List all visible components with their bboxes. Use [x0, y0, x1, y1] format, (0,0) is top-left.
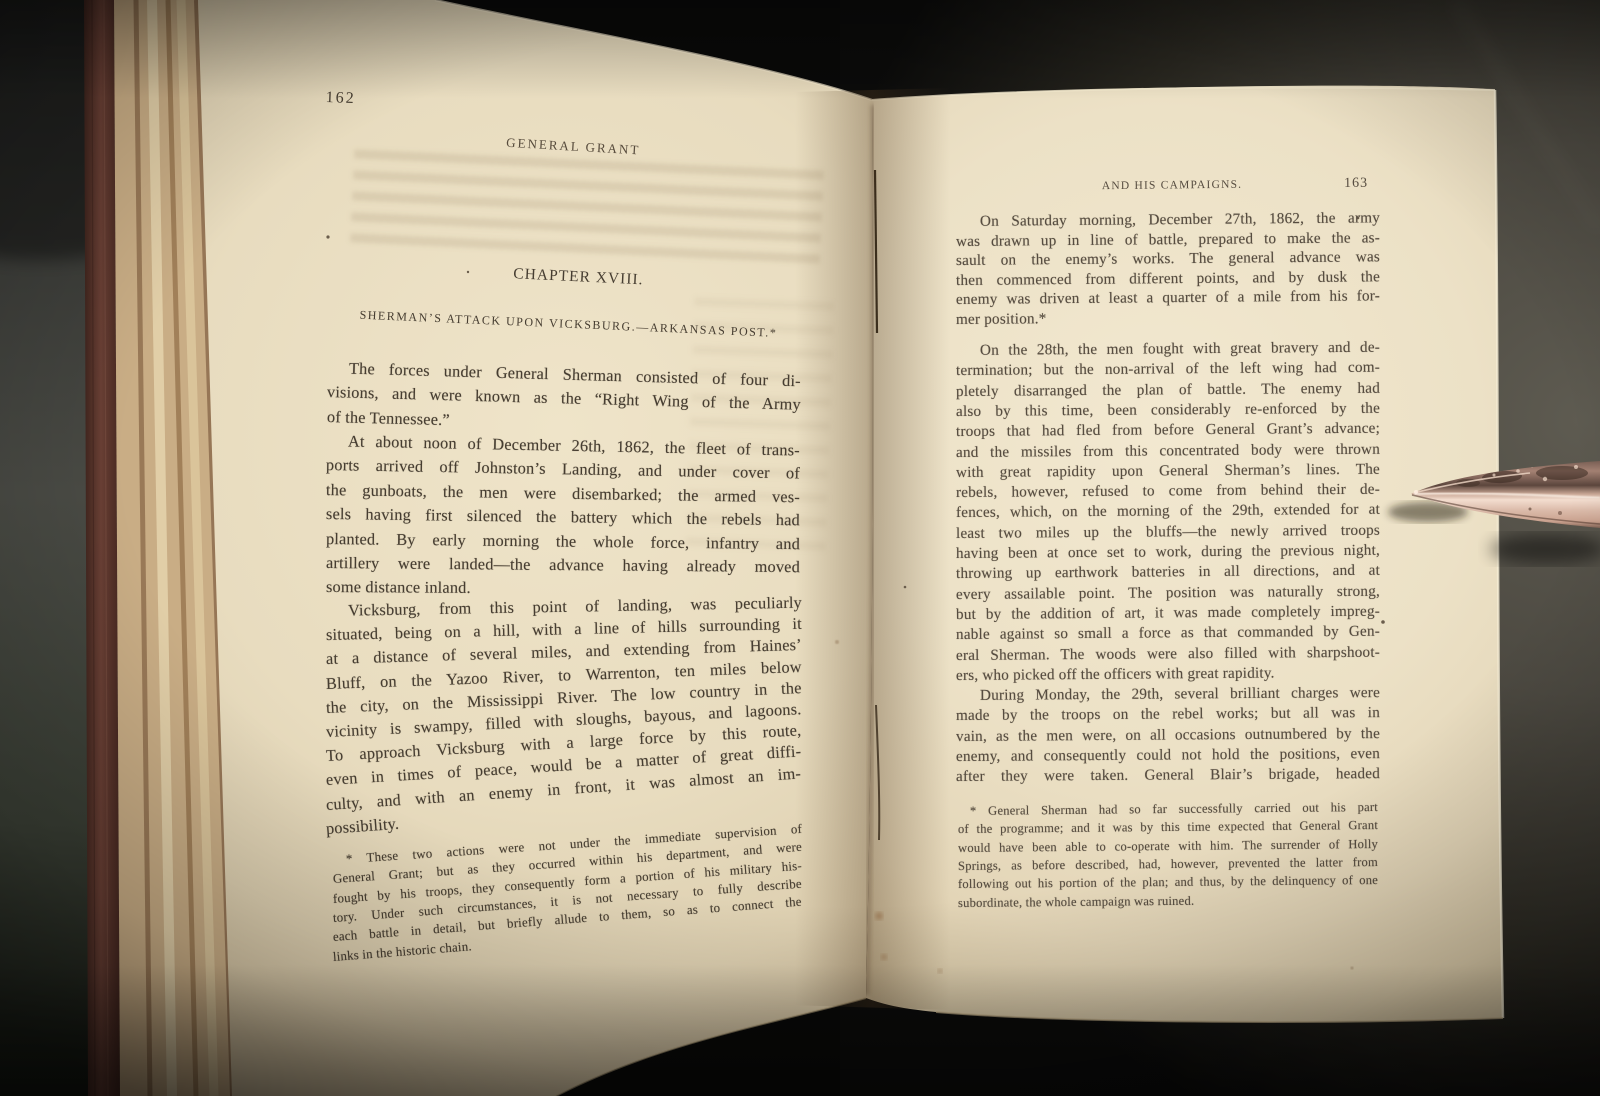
- text-line: vain, as the men were, on all occasions …: [956, 724, 1380, 747]
- photo-open-antique-book: 162 GENERAL GRANT CHAPTER XVIII. SHERMAN…: [0, 0, 1600, 1096]
- book-text-layer: 162 GENERAL GRANT CHAPTER XVIII. SHERMAN…: [0, 0, 1600, 1096]
- text-line: fences, which, on the morning of the 29t…: [956, 500, 1380, 524]
- chapter-heading: CHAPTER XVIII.: [423, 261, 734, 294]
- text-line: termination; but the non-arrival of the …: [956, 358, 1380, 382]
- chapter-subtitle: SHERMAN’S ATTACK UPON VICKSBURG.—ARKANSA…: [321, 306, 815, 343]
- text-line: made by the troops on the rebel works; b…: [956, 703, 1380, 726]
- text-line: after they were taken. General Blair’s b…: [956, 764, 1380, 787]
- text-line: throwing up earthwork batteries in all d…: [956, 561, 1380, 585]
- page-number-right: 163: [1344, 176, 1368, 192]
- text-line: troops that had fled from before General…: [956, 419, 1380, 443]
- text-line: nable against so small a force as that c…: [956, 622, 1380, 646]
- running-head-left: GENERAL GRANT: [423, 130, 723, 163]
- text-line: mer position.*: [956, 306, 1380, 329]
- page-number-left: 162: [325, 89, 356, 108]
- running-head-right: AND HIS CAMPAIGNS.: [1022, 178, 1322, 193]
- text-line: subordinate, the whole campaign was ruin…: [958, 889, 1378, 911]
- ink-bleedthrough: [350, 149, 824, 266]
